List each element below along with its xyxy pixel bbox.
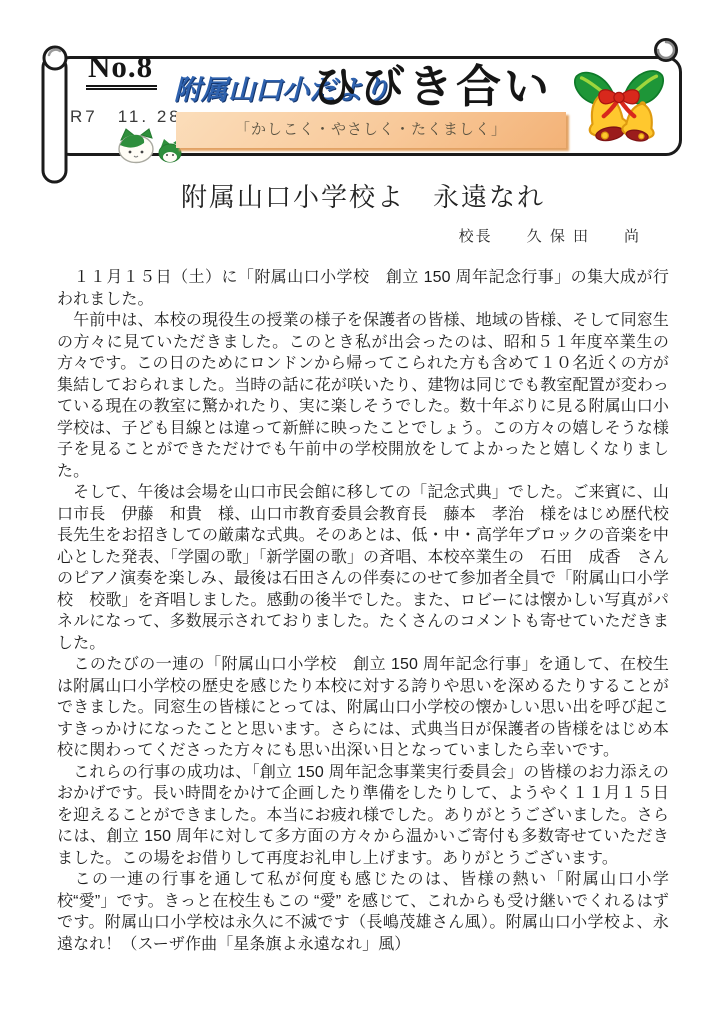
article-body: １１月１５日（土）に「附属山口小学校 創立 150 周年記念行事」の集大成が行わ…	[57, 267, 669, 955]
masthead-scroll-banner: No.8 R7 11. 28 附属山口小だより ひび	[40, 42, 690, 192]
paragraph: このたびの一連の「附属山口小学校 創立 150 周年記念行事」を通して、在校生は…	[57, 654, 669, 762]
cat-mascot-icon	[110, 126, 186, 166]
paragraph: １１月１５日（土）に「附属山口小学校 創立 150 周年記念行事」の集大成が行わ…	[57, 267, 669, 310]
issue-number: No.8	[86, 50, 157, 90]
motto-banner: 「かしこく・やさしく・たくましく」	[176, 112, 566, 148]
scroll-roll-icon	[40, 42, 70, 188]
paragraph: 午前中は、本校の現役生の授業の様子を保護者の皆様、地域の皆様、そして同窓生の方々…	[57, 310, 669, 482]
paragraph: これらの行事の成功は、「創立 150 周年記念事業実行委員会」の皆様のお力添えの…	[57, 762, 669, 870]
issue-date: R7 11. 28	[70, 102, 182, 127]
paragraph: そして、午後は会場を山口市民会館に移しての「記念式典」でした。ご来賓に、山口市長…	[57, 482, 669, 654]
christmas-bells-icon	[568, 58, 670, 154]
article-author: 校長 久 保 田 尚	[57, 227, 669, 247]
paragraph: この一連の行事を通して私が何度も感じたのは、皆様の熱い「附属山口小学校“愛”」で…	[57, 869, 669, 955]
cat-big	[119, 129, 153, 163]
newsletter-title: ひびき合い	[312, 50, 552, 115]
article-title: 附属山口小学校よ 永遠なれ	[57, 180, 669, 214]
newsletter-page: No.8 R7 11. 28 附属山口小だより ひび	[0, 0, 724, 1024]
article: 附属山口小学校よ 永遠なれ 校長 久 保 田 尚 １１月１５日（土）に「附属山口…	[57, 180, 669, 955]
